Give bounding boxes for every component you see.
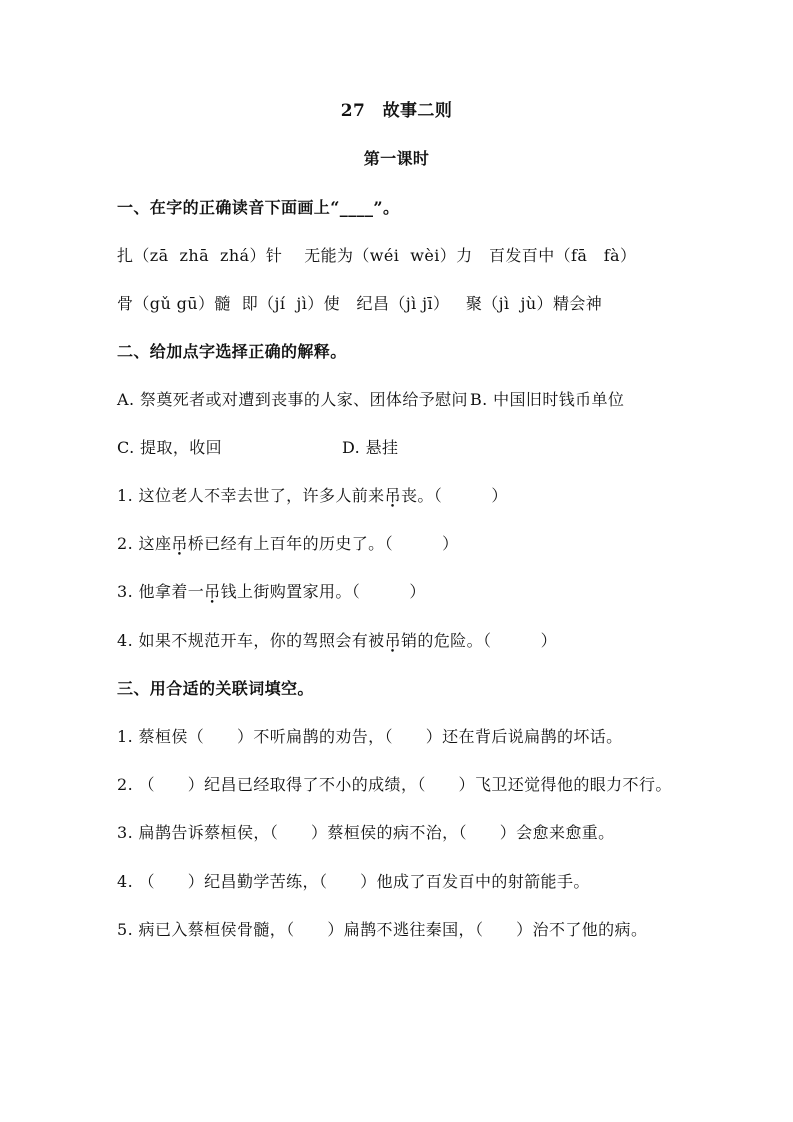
pinyin-line-1: 扎（zā zhā zhá）针 无能为（wéi wèi）力 百发百中（fā fà）: [117, 245, 636, 267]
option-c: C. 提取，收回: [117, 437, 222, 459]
dotted-character: 吊: [385, 630, 401, 652]
sentence-pre: 2. 这座: [117, 534, 171, 553]
exercise-item-s3-4: 4. （ ）纪昌勤学苦练，（ ）他成了百发百中的射箭能手。: [117, 871, 590, 893]
sentence-post: 销的危险。（ ）: [401, 631, 557, 650]
page-title: 27 故事二则: [0, 100, 793, 123]
exercise-item-s3-5: 5. 病已入蔡桓侯骨髓，（ ）扁鹊不逃往秦国，（ ）治不了他的病。: [117, 919, 647, 941]
sentence-post: 桥已经有上百年的历史了。（ ）: [188, 534, 459, 553]
section2-heading: 二、给加点字选择正确的解释。: [117, 341, 347, 363]
pinyin-line-2: 骨（gǔ gū）髓 即（jí jì）使 纪昌（jì jī） 聚（jì jù）精会…: [117, 293, 602, 315]
exercise-item-s3-2: 2. （ ）纪昌已经取得了不小的成绩，（ ）飞卫还觉得他的眼力不行。: [117, 774, 672, 796]
section1-heading: 一、在字的正确读音下面画上“____”。: [117, 197, 399, 219]
section3-heading: 三、用合适的关联词填空。: [117, 678, 314, 700]
lesson-part-subtitle: 第一课时: [0, 148, 793, 170]
exercise-item-s3-1: 1. 蔡桓侯（ ）不听扁鹊的劝告，（ ）还在背后说扁鹊的坏话。: [117, 726, 623, 748]
dotted-character: 吊: [385, 485, 401, 507]
option-d: D. 悬挂: [342, 437, 398, 459]
dotted-character: 吊: [204, 581, 220, 603]
option-b: B. 中国旧时钱币单位: [470, 389, 624, 411]
exercise-item-s2-1: 1. 这位老人不幸去世了，许多人前来吊丧。（ ）: [117, 485, 508, 507]
exercise-item-s2-2: 2. 这座吊桥已经有上百年的历史了。（ ）: [117, 533, 459, 555]
sentence-pre: 4. 如果不规范开车，你的驾照会有被: [117, 631, 385, 650]
sentence-pre: 3. 他拿着一: [117, 582, 204, 601]
sentence-post: 丧。（ ）: [401, 486, 508, 505]
worksheet-page: 27 故事二则 第一课时 一、在字的正确读音下面画上“____”。 扎（zā z…: [0, 0, 793, 1122]
exercise-item-s3-3: 3. 扁鹊告诉蔡桓侯，（ ）蔡桓侯的病不治，（ ）会愈来愈重。: [117, 822, 615, 844]
exercise-item-s2-3: 3. 他拿着一吊钱上街购置家用。（ ）: [117, 581, 426, 603]
sentence-post: 钱上街购置家用。（ ）: [221, 582, 426, 601]
dotted-character: 吊: [171, 533, 187, 555]
option-a: A. 祭奠死者或对遭到丧事的人家、团体给予慰问: [117, 389, 468, 411]
exercise-item-s2-4: 4. 如果不规范开车，你的驾照会有被吊销的危险。（ ）: [117, 630, 557, 652]
sentence-pre: 1. 这位老人不幸去世了，许多人前来: [117, 486, 385, 505]
